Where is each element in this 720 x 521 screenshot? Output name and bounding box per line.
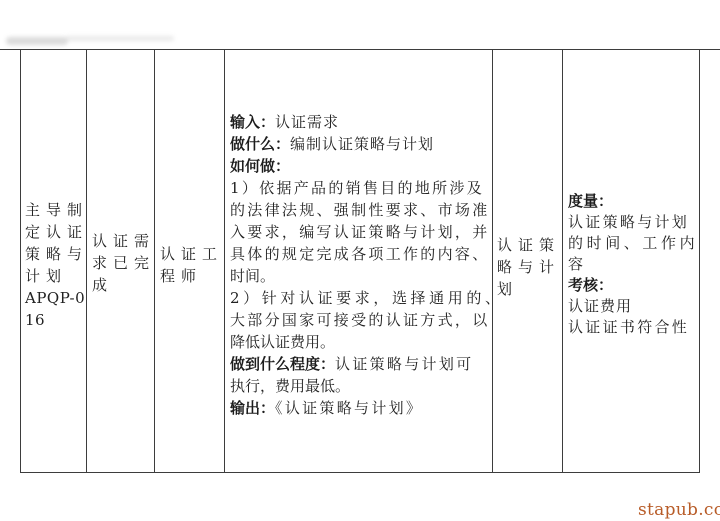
field-label: 如何做： (230, 157, 290, 175)
field-label: 做什么： (230, 135, 290, 153)
text-line: 做到什么程度：认证策略与计划可 (230, 353, 489, 375)
field-label: 输入： (230, 113, 275, 131)
field-label: 做到什么程度： (230, 355, 335, 373)
text-line: 大部分国家可接受的认证方式，以 (230, 309, 489, 331)
scan-smudge (66, 36, 174, 41)
field-value: 降低认证费用。 (230, 333, 335, 351)
entry-criteria-line: 求已完 (92, 252, 153, 274)
field-value: 执行，费用最低。 (230, 377, 350, 395)
text-line: 具体的规定完成各项工作的内容、 (230, 243, 489, 265)
output-line: 划 (497, 278, 561, 300)
entry-criteria-line: 成 (92, 274, 153, 296)
cell-role: 认证工 程师 (155, 50, 225, 472)
field-value: 2）针对认证要求，选择通用的、 (230, 289, 493, 307)
text-line: 降低认证费用。 (230, 331, 489, 353)
field-value: 大部分国家可接受的认证方式，以 (230, 311, 490, 329)
task-id-line: APQP-0 (25, 287, 85, 309)
field-value: 容 (568, 255, 583, 273)
text-line: 的时间、工作内 (568, 233, 697, 254)
field-value: 《认证策略与计划》 (275, 399, 423, 417)
text-line: 认证费用 (568, 296, 697, 317)
text-line: 容 (568, 254, 697, 275)
task-id-line: 定认证 (25, 221, 85, 243)
text-line: 度量： (568, 191, 697, 212)
field-value: 编制认证策略与计划 (290, 135, 434, 153)
text-line: 1）依据产品的销售目的地所涉及 (230, 177, 489, 199)
task-id-line: 16 (25, 309, 85, 331)
field-value: 认证费用 (568, 297, 632, 315)
field-label: 考核： (568, 276, 613, 294)
text-line: 认证证书符合性 (568, 317, 697, 338)
cell-metrics: 度量： 认证策略与计划 的时间、工作内 容 考核： 认证费用 认证证书符合性 (563, 50, 699, 472)
cell-output: 认证策 略与计 划 (493, 50, 563, 472)
process-definition-table: 主导制 定认证 策略与 计划 APQP-0 16 认证需 求已完 成 认证工 程… (20, 50, 700, 473)
field-value: 认证策略与计划可 (335, 355, 473, 373)
task-id-line: 计划 (25, 265, 85, 287)
field-value: 入要求，编写认证策略与计划，并 (230, 223, 490, 241)
scan-smudge (6, 37, 68, 45)
text-line: 入要求，编写认证策略与计划，并 (230, 221, 489, 243)
cell-task-id: 主导制 定认证 策略与 计划 APQP-0 16 (21, 50, 87, 472)
cell-entry-criteria: 认证需 求已完 成 (87, 50, 155, 472)
field-value: 认证证书符合性 (568, 318, 689, 336)
field-value: 认证需求 (275, 113, 339, 131)
field-value: 1）依据产品的销售目的地所涉及 (230, 179, 484, 197)
text-line: 考核： (568, 275, 697, 296)
role-line: 认证工 (160, 243, 223, 265)
field-value: 的法律法规、强制性要求、市场准 (230, 201, 490, 219)
field-value: 的时间、工作内 (568, 234, 698, 252)
site-watermark: stapub.com (638, 501, 720, 519)
field-value: 具体的规定完成各项工作的内容、 (230, 245, 490, 263)
field-value: 时间。 (230, 267, 275, 285)
document-page: 主导制 定认证 策略与 计划 APQP-0 16 认证需 求已完 成 认证工 程… (0, 0, 720, 521)
text-line: 输入：认证需求 (230, 111, 489, 133)
text-line: 输出：《认证策略与计划》 (230, 397, 489, 419)
field-value: 认证策略与计划 (568, 213, 689, 231)
text-line: 做什么：编制认证策略与计划 (230, 133, 489, 155)
text-line: 2）针对认证要求，选择通用的、 (230, 287, 489, 309)
text-line: 认证策略与计划 (568, 212, 697, 233)
text-line: 如何做： (230, 155, 489, 177)
text-line: 的法律法规、强制性要求、市场准 (230, 199, 489, 221)
field-label: 输出： (230, 399, 275, 417)
task-id-line: 主导制 (25, 199, 85, 221)
task-id-line: 策略与 (25, 243, 85, 265)
cell-activity-description: 输入：认证需求 做什么：编制认证策略与计划 如何做： 1）依据产品的销售目的地所… (225, 50, 493, 472)
field-label: 度量： (568, 192, 613, 210)
text-line: 执行，费用最低。 (230, 375, 489, 397)
output-line: 略与计 (497, 256, 561, 278)
entry-criteria-line: 认证需 (92, 230, 153, 252)
role-line: 程师 (160, 265, 223, 287)
text-line: 时间。 (230, 265, 489, 287)
output-line: 认证策 (497, 234, 561, 256)
